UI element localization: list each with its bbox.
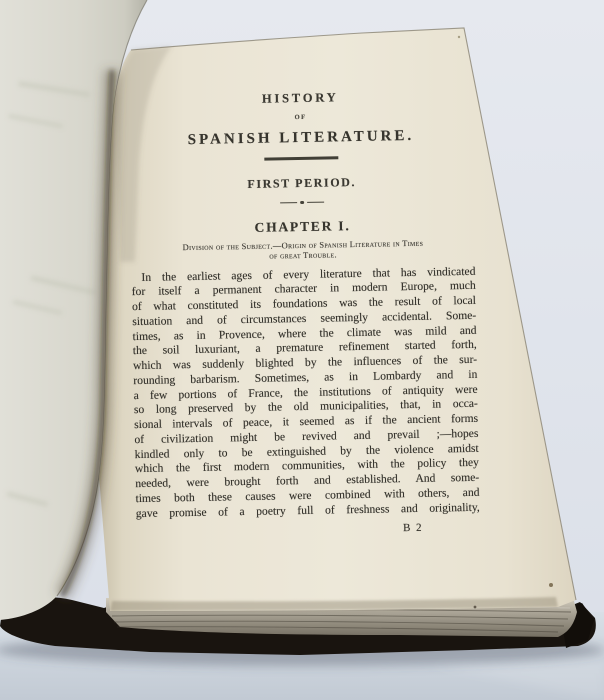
title-rule bbox=[264, 156, 338, 160]
page-content: HISTORY OF SPANISH LITERATURE. FIRST PER… bbox=[128, 83, 480, 539]
book-photograph: HISTORY OF SPANISH LITERATURE. FIRST PER… bbox=[0, 0, 604, 700]
book-title-of: OF bbox=[129, 111, 473, 124]
chapter-subtitle: Division of the Subject.—Origin of Spani… bbox=[131, 236, 475, 263]
chapter-heading: CHAPTER I. bbox=[130, 216, 474, 236]
ornament-dot bbox=[300, 201, 304, 205]
ornament-dash-left bbox=[280, 202, 297, 204]
ornament-rule bbox=[130, 197, 474, 207]
body-paragraph: In the earliest ages of every literature… bbox=[131, 264, 480, 521]
book-title-line2: SPANISH LITERATURE. bbox=[129, 127, 473, 149]
book-title-line1: HISTORY bbox=[128, 89, 472, 108]
period-heading: FIRST PERIOD. bbox=[130, 173, 474, 191]
ornament-dash-right bbox=[307, 201, 324, 203]
